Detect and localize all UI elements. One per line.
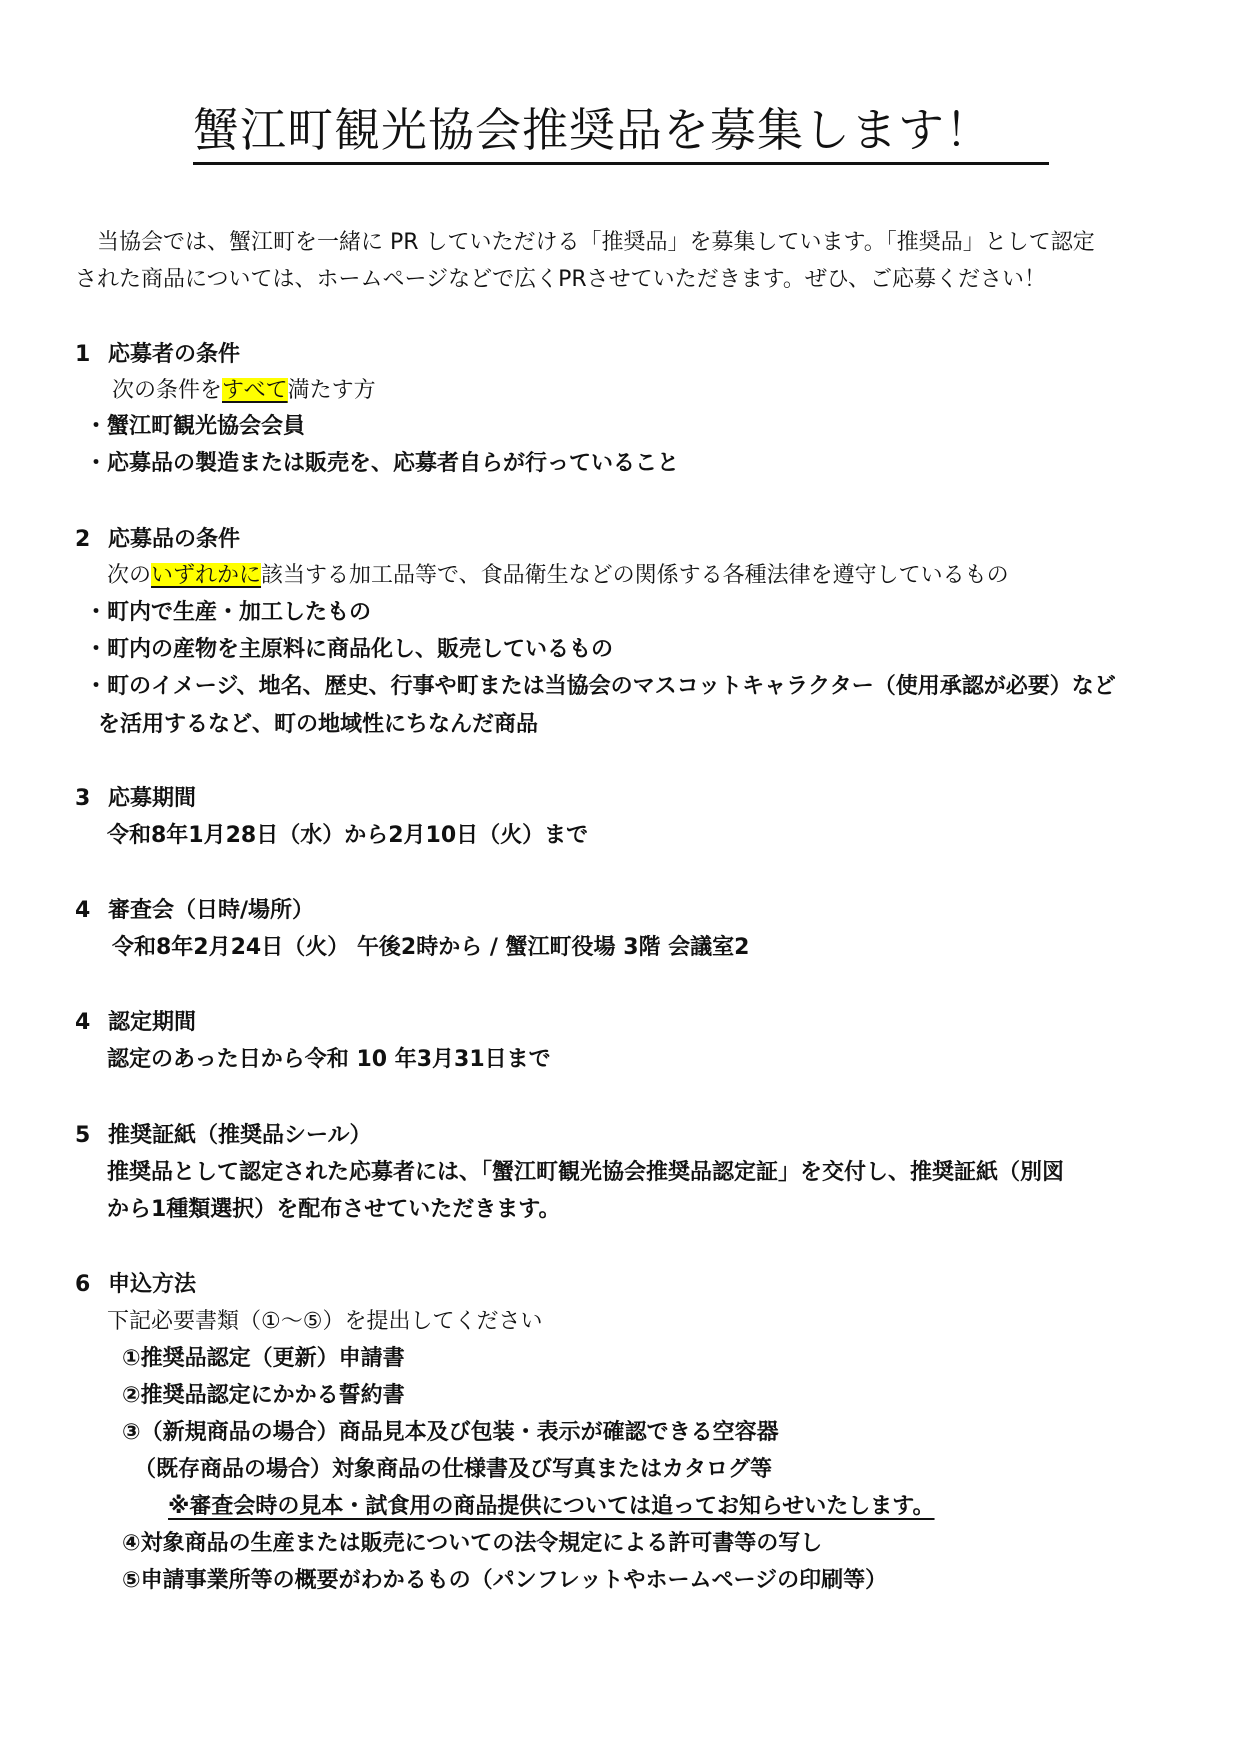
section-5-body-line: 推奨品として認定された応募者には、「蟹江町観光協会推奨品認定証」を交付し、推奨証… (107, 1158, 1064, 1188)
lead-text: 満たす方 (288, 378, 376, 403)
section-1-lead: 次の条件をすべて満たす方 (112, 376, 376, 406)
bullet-item-continuation: を活用するなど、町の地域性にちなんだ商品 (98, 710, 538, 740)
section-title: 応募者の条件 (108, 342, 240, 367)
required-document-item: ⑤申請事業所等の概要がわかるもの（パンフレットやホームページの印刷等） (122, 1566, 887, 1596)
section-title: 申込方法 (108, 1272, 196, 1297)
section-number: 4 (75, 896, 108, 926)
section-2-lead: 次のいずれかに該当する加工品等で、食品衛生などの関係する各種法律を遵守しているも… (107, 561, 1009, 591)
section-title: 認定期間 (108, 1010, 196, 1035)
lead-text: 次の (107, 563, 151, 588)
page-title: 蟹江町観光協会推奨品を募集します！ (193, 100, 1049, 165)
section-6-heading: 6申込方法 (75, 1270, 196, 1300)
bullet-item: ・蟹江町観光協会会員 (85, 412, 305, 442)
section-number: 2 (75, 525, 108, 555)
certification-period: 認定のあった日から令和 10 年3月31日まで (107, 1045, 551, 1075)
highlighted-text: すべて (222, 378, 288, 403)
review-date-location: 令和8年2月24日（火） 午後2時から / 蟹江町役場 3階 会議室2 (112, 933, 750, 963)
required-document-subitem: （既存商品の場合）対象商品の仕様書及び写真またはカタログ等 (134, 1455, 772, 1485)
bullet-item: ・町内で生産・加工したもの (85, 598, 371, 628)
application-period: 令和8年1月28日（水）から2月10日（火）まで (107, 821, 588, 851)
section-title: 審査会（日時/場所） (108, 898, 314, 923)
section-5-heading: 5推奨証紙（推奨品シール） (75, 1121, 372, 1151)
section-number: 3 (75, 784, 108, 814)
intro-line-2: された商品については、ホームページなどで広くPRさせていただきます。ぜひ、ご応募… (75, 265, 1046, 295)
section-title: 応募品の条件 (108, 527, 240, 552)
bullet-item: ・町のイメージ、地名、歴史、行事や町または当協会のマスコットキャラクター（使用承… (85, 672, 1116, 702)
section-2-heading: 2応募品の条件 (75, 525, 240, 555)
intro-line-1: 当協会では、蟹江町を一緒に PR していただける「推奨品」を募集しています。「推… (97, 228, 1095, 258)
required-document-item: ②推奨品認定にかかる誓約書 (122, 1381, 405, 1411)
section-5-body-line: から1種類選択）を配布させていただきます。 (107, 1195, 561, 1225)
required-document-item: ①推奨品認定（更新）申請書 (122, 1344, 405, 1374)
bullet-item: ・町内の産物を主原料に商品化し、販売しているもの (85, 635, 613, 665)
section-title: 推奨証紙（推奨品シール） (108, 1123, 372, 1148)
section-number: 6 (75, 1270, 108, 1300)
section-6-lead: 下記必要書類（①～⑤）を提出してください (107, 1307, 542, 1337)
document-page: 蟹江町観光協会推奨品を募集します！ 当協会では、蟹江町を一緒に PR していただ… (0, 0, 1241, 1755)
section-number: 4 (75, 1008, 108, 1038)
lead-text: 次の条件を (112, 378, 222, 403)
section-number: 5 (75, 1121, 108, 1151)
highlighted-text: いずれかに (151, 563, 261, 588)
section-4b-heading: 4認定期間 (75, 1008, 196, 1038)
required-document-item: ③（新規商品の場合）商品見本及び包装・表示が確認できる空容器 (122, 1418, 779, 1448)
lead-text: 該当する加工品等で、食品衛生などの関係する各種法律を遵守しているもの (261, 563, 1009, 588)
section-1-heading: 1応募者の条件 (75, 340, 240, 370)
section-3-heading: 3応募期間 (75, 784, 196, 814)
section-title: 応募期間 (108, 786, 196, 811)
sample-notice: ※審査会時の見本・試食用の商品提供については追ってお知らせいたします。 (168, 1492, 935, 1522)
bullet-item: ・応募品の製造または販売を、応募者自らが行っていること (85, 449, 679, 479)
section-number: 1 (75, 340, 108, 370)
section-4-heading: 4審査会（日時/場所） (75, 896, 314, 926)
required-document-item: ④対象商品の生産または販売についての法令規定による許可書等の写し (122, 1529, 822, 1559)
